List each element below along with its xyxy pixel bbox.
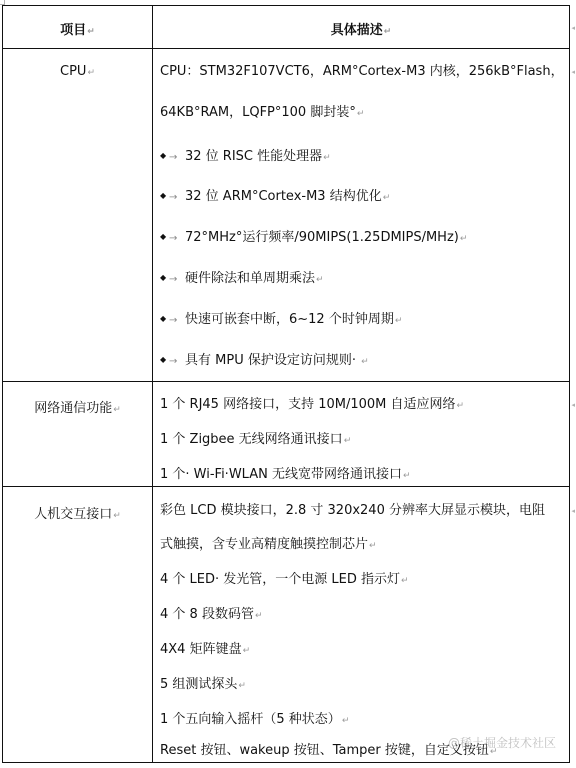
diamond-bullet-icon: ◆ (160, 229, 169, 245)
diamond-bullet-icon: ◆ (160, 311, 169, 327)
paragraph-mark-icon: ↵ (323, 153, 331, 163)
paragraph-mark-icon: ↵ (342, 716, 350, 726)
description-line: 64KB°RAM，LQFP°100 脚封装°↵ (160, 105, 364, 122)
tab-arrow-icon: → (169, 313, 185, 329)
paragraph-mark-icon: ↵ (255, 611, 263, 621)
paragraph-mark-icon: ↵ (361, 357, 369, 367)
row-label: 网络通信功能 (34, 401, 112, 416)
row-label-cell: CPU↵ (3, 49, 153, 381)
paragraph-mark-icon: ↵ (384, 27, 392, 37)
diamond-bullet-icon: ◆ (160, 148, 169, 164)
paragraph-mark-icon: ↵ (344, 436, 352, 446)
description-line: 1 个 RJ45 网络接口，支持 10M/100M 自适应网络↵ (160, 397, 464, 414)
row-end-mark-icon: ◂ (571, 68, 575, 76)
paragraph-mark-icon: ↵ (401, 576, 409, 586)
bullet-item: ◆→72°MHz°运行频率/90MIPS(1.25DMIPS/MHz)↵ (160, 229, 467, 247)
paragraph-mark-icon: ↵ (87, 27, 95, 37)
bullet-item: ◆→快速可嵌套中断，6~12 个时钟周期↵ (160, 311, 402, 329)
tab-arrow-icon: → (169, 354, 185, 370)
description-line: 5 组测试探头↵ (160, 677, 246, 694)
paragraph-mark-icon: ↵ (403, 471, 411, 481)
description-line: 4X4 矩阵键盘↵ (160, 642, 250, 659)
watermark: @稀土掘金技术社区 (448, 734, 556, 751)
paragraph-mark-icon: ↵ (87, 68, 95, 78)
bullet-item: ◆→32 位 ARM°Cortex-M3 结构优化↵ (160, 188, 390, 206)
description-line: 1 个· Wi-Fi·WLAN 无线宽带网络通讯接口↵ (160, 467, 411, 484)
tab-arrow-icon: → (169, 272, 185, 288)
row-label: CPU (60, 64, 86, 79)
header-item-label: 项目 (60, 23, 86, 38)
row-description-cell: CPU：STM32F107VCT6，ARM°Cortex-M3 内核，256kB… (153, 49, 569, 381)
description-line: 式触摸，含专业高精度触摸控制芯片↵ (160, 537, 377, 554)
description-line: CPU：STM32F107VCT6，ARM°Cortex-M3 内核，256kB… (160, 64, 564, 80)
description-line: Reset 按钮、wakeup 按钮、Tamper 按键，自定义按钮↵ (160, 743, 497, 760)
row-label: 人机交互接口 (34, 507, 112, 522)
paragraph-mark-icon: ↵ (395, 316, 403, 326)
description-line: 1 个五向输入摇杆（5 种状态）↵ (160, 712, 349, 729)
header-description-label: 具体描述 (331, 23, 383, 38)
spec-table: 项目↵ 具体描述↵ ◂ CPU↵ CPU：STM32F107VCT6，ARM°C… (2, 5, 570, 763)
row-description-cell: 彩色 LCD 模块接口，2.8 寸 320x240 分辨率大屏显示模块，电阻 式… (153, 487, 569, 763)
paragraph-mark-icon: ↵ (457, 401, 465, 411)
tab-arrow-icon: → (169, 231, 185, 247)
diamond-bullet-icon: ◆ (160, 188, 169, 204)
description-line: 1 个 Zigbee 无线网络通讯接口↵ (160, 432, 351, 449)
header-cell-description: 具体描述↵ (153, 6, 569, 48)
table-row: CPU↵ CPU：STM32F107VCT6，ARM°Cortex-M3 内核，… (3, 49, 569, 382)
description-line: 4 个 LED· 发光管，一个电源 LED 指示灯↵ (160, 572, 409, 589)
row-description-cell: 1 个 RJ45 网络接口，支持 10M/100M 自适应网络↵ 1 个 Zig… (153, 382, 569, 486)
row-label-cell: 网络通信功能↵ (3, 382, 153, 486)
description-line: 彩色 LCD 模块接口，2.8 寸 320x240 分辨率大屏显示模块，电阻 (160, 503, 545, 519)
row-end-mark-icon: ◂ (571, 507, 575, 515)
tab-arrow-icon: → (169, 190, 185, 206)
row-end-mark-icon: ◂ (571, 24, 575, 32)
paragraph-mark-icon: ↵ (383, 193, 391, 203)
bullet-item: ◆→具有 MPU 保护设定访问规则· ↵ (160, 352, 369, 370)
paragraph-mark-icon: ↵ (238, 681, 246, 691)
bullet-item: ◆→32 位 RISC 性能处理器↵ (160, 148, 331, 166)
diamond-bullet-icon: ◆ (160, 270, 169, 286)
paragraph-mark-icon: ↵ (369, 541, 377, 551)
paragraph-mark-icon: ↵ (316, 275, 324, 285)
table-row: 人机交互接口↵ 彩色 LCD 模块接口，2.8 寸 320x240 分辨率大屏显… (3, 487, 569, 763)
description-line: 4 个 8 段数码管↵ (160, 607, 263, 624)
row-end-mark-icon: ◂ (571, 401, 575, 409)
header-cell-item: 项目↵ (3, 6, 153, 48)
diamond-bullet-icon: ◆ (160, 352, 169, 368)
paragraph-mark-icon: ↵ (243, 646, 251, 656)
table-header-row: 项目↵ 具体描述↵ ◂ (3, 6, 569, 49)
row-label-cell: 人机交互接口↵ (3, 487, 153, 763)
paragraph-mark-icon: ↵ (113, 511, 121, 521)
tab-arrow-icon: → (169, 150, 185, 166)
table-row: 网络通信功能↵ 1 个 RJ45 网络接口，支持 10M/100M 自适应网络↵… (3, 382, 569, 487)
bullet-item: ◆→硬件除法和单周期乘法↵ (160, 270, 324, 288)
paragraph-mark-icon: ↵ (357, 109, 365, 119)
paragraph-mark-icon: ↵ (460, 234, 468, 244)
paragraph-mark-icon: ↵ (113, 405, 121, 415)
